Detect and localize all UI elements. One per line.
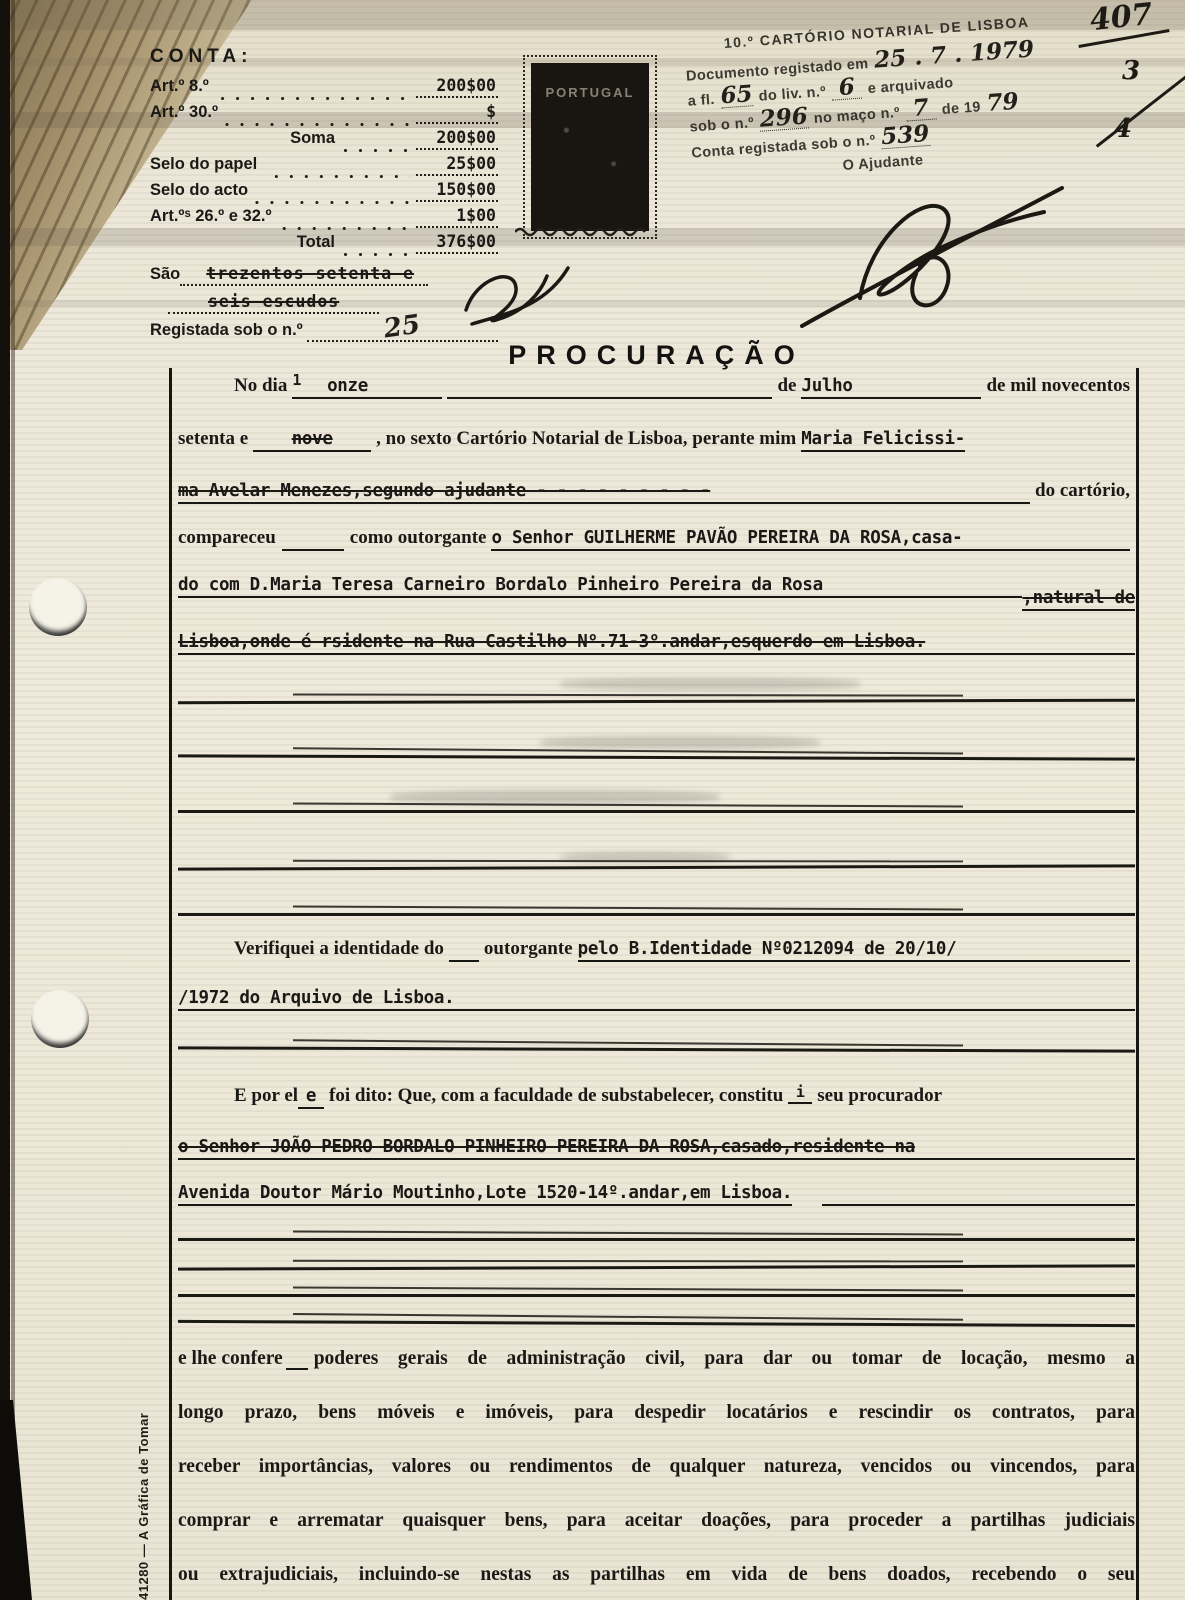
printed-text: poderes gerais de administração civil, p… <box>314 1348 1135 1370</box>
form-line-date: No dia 1onze de Julho de mil novecentos <box>178 375 1135 399</box>
form-line-grantor: compareceu como outorgante o Senhor GUIL… <box>178 527 1135 551</box>
typed-fill-month: Julho <box>801 376 981 399</box>
blank-rule <box>178 1046 1135 1052</box>
registry-bundle-handwritten: 7 <box>905 95 937 121</box>
registry-label: a fl. <box>687 92 715 110</box>
registry-label: sob o n.º <box>689 115 754 135</box>
conta-row: Art.º 8.º 200$00 <box>150 76 498 102</box>
conta-row-value: $ <box>416 102 498 124</box>
printed-text: , no sexto Cartório Notarial de Lisboa, … <box>376 428 796 450</box>
rubric-flourish <box>452 252 582 337</box>
blank-rule <box>178 699 1135 705</box>
typed-fill-attorney-address: Avenida Doutor Mário Moutinho,Lote 1520-… <box>178 1183 792 1206</box>
dot-leader <box>263 173 410 180</box>
typed-fill-natural-de: ,natural de <box>1022 588 1135 611</box>
printed-text: do cartório, <box>1035 480 1130 502</box>
registry-label: e arquivado <box>867 75 954 97</box>
registry-label: do liv. n.º <box>758 84 826 105</box>
scan-edge-shadow <box>0 1400 34 1600</box>
fiscal-stamp-country: PORTUGAL <box>531 85 649 100</box>
typed-fill-attorney-name: o Senhor JOÃO PEDRO BORDALO PINHEIRO PER… <box>178 1137 1135 1160</box>
registada-number-handwritten: 25 <box>383 318 421 338</box>
printed-text: E por el <box>234 1085 298 1107</box>
typed-day-word: onze <box>327 376 368 396</box>
amount-words-line2: seis escudos <box>168 292 379 314</box>
registry-folio-handwritten: 65 <box>720 82 754 108</box>
typed-fill-notary-name: Maria Felicissi- <box>801 429 965 452</box>
form-line-year-notary: setenta e nove , no sexto Cartório Notar… <box>178 428 1135 452</box>
form-line-identity: Verifiquei a identidade do outorgante pe… <box>178 938 1135 962</box>
blank-rule <box>449 938 479 962</box>
clerk-signature <box>800 178 1100 328</box>
blank-rule <box>178 864 1135 870</box>
conta-row: Art.ºˢ 26.º e 32.º 1$00 <box>150 206 498 232</box>
conta-row: Art.º 30.º $ <box>150 102 498 128</box>
typed-fill-spouse-name: do com D.Maria Teresa Carneiro Bordalo P… <box>178 575 823 598</box>
conta-title: CONTA: <box>150 46 498 68</box>
registada-row: Registada sob o n.º 25 <box>150 320 498 342</box>
clerk-title: O Ajudante <box>842 152 924 174</box>
form-line-spouse: do com D.Maria Teresa Carneiro Bordalo P… <box>178 575 1135 598</box>
blank-rule <box>178 754 1135 760</box>
dot-leader <box>254 199 410 206</box>
ghost-ink-smudge <box>540 736 820 749</box>
powers-paragraph-line: longo prazo, bens móveis e imóveis, para… <box>178 1402 1135 1424</box>
registry-label: de 19 <box>941 99 981 118</box>
conta-row-value: 200$00 <box>416 76 498 98</box>
blank-rule <box>282 527 344 551</box>
conta-row-value: 200$00 <box>416 128 498 150</box>
document-title: PROCURAÇÃO <box>178 340 1135 371</box>
powers-paragraph-line: comprar e arrematar quaisquer bens, para… <box>178 1510 1135 1532</box>
fraction-slash <box>1096 71 1185 147</box>
dot-leader <box>278 225 410 232</box>
amount-in-words-cont: seis escudos <box>168 292 498 314</box>
conta-row: Selo do acto 150$00 <box>150 180 498 206</box>
scanned-document-page: CONTA: Art.º 8.º 200$00 Art.º 30.º $ Som… <box>0 0 1185 1600</box>
conta-row-value: 1$00 <box>416 206 498 228</box>
typed-fill-constitui: i <box>788 1083 812 1104</box>
blank-rule <box>454 988 1135 1011</box>
form-right-border <box>1136 368 1139 1600</box>
form-line-attorney: o Senhor JOÃO PEDRO BORDALO PINHEIRO PER… <box>178 1137 1135 1160</box>
typed-fill-id-card-cont: /1972 do Arquivo de Lisboa. <box>178 988 454 1011</box>
fiscal-stamp-ink: PORTUGAL <box>531 63 649 231</box>
blank-rule <box>178 1320 1135 1327</box>
blank-rule <box>823 575 1023 598</box>
blank-rule <box>178 1238 1135 1241</box>
conta-row-label: Selo do acto <box>150 181 248 200</box>
scan-edge-shadow <box>0 0 10 1600</box>
typed-fill-notary-name-cont: ma Avelar Menezes,segundo ajudante - - -… <box>178 481 1030 504</box>
printed-text: e lhe confere <box>178 1348 283 1370</box>
printed-text: como outorgante <box>350 527 487 549</box>
printed-text: de <box>777 375 796 397</box>
corner-dots: ⋮ <box>1178 186 1185 207</box>
form-line-declaration: E por el e foi dito: Que, com a faculdad… <box>178 1085 1135 1109</box>
conta-row-value: 25$00 <box>416 154 498 176</box>
printed-text: foi dito: Que, com a faculdade de substa… <box>329 1085 783 1107</box>
blank-rule <box>822 1183 1135 1206</box>
ghost-ink-smudge <box>560 852 730 862</box>
typed-fill-id-card: pelo B.Identidade Nº0212094 de 20/10/ <box>578 939 1130 962</box>
typed-fill-grantor-name: o Senhor GUILHERME PAVÃO PEREIRA DA ROSA… <box>491 528 1130 551</box>
fiscal-stamp: PORTUGAL <box>523 55 657 239</box>
conta-row-label: Art.º 30.º <box>150 103 218 122</box>
typed-fill-ele: e <box>298 1086 324 1109</box>
conta-row-label: Selo do papel <box>150 155 257 174</box>
form-left-border <box>169 368 172 1600</box>
conta-block: CONTA: Art.º 8.º 200$00 Art.º 30.º $ Som… <box>150 46 498 342</box>
registry-book-handwritten: 6 <box>831 75 863 101</box>
scan-edge-shadow <box>11 0 15 1600</box>
printed-text: No dia <box>234 375 287 397</box>
blank-rule <box>178 913 1135 916</box>
fraction-annotation: 3 4 ⋮ <box>1112 56 1172 176</box>
conta-row: Total 376$00 <box>150 232 498 258</box>
punch-hole <box>31 990 89 1048</box>
ghost-ink-smudge <box>560 678 860 690</box>
blank-rule <box>178 810 1135 813</box>
printed-text: de mil novecentos <box>986 375 1130 397</box>
conta-row: Selo do papel 25$00 <box>150 154 498 180</box>
fraction-denominator: 4 <box>1114 114 1132 144</box>
amount-words-line1: trezentos setenta e <box>180 264 428 286</box>
corner-annotations: 407 3 4 ⋮ <box>1078 0 1178 176</box>
blank-rule <box>447 375 772 399</box>
powers-paragraph-line: e lhe confere poderes gerais de administ… <box>178 1348 1135 1370</box>
conta-row-label: Soma <box>150 129 335 148</box>
conta-row-label: Art.º 8.º <box>150 77 209 96</box>
amount-in-words: São trezentos setenta e <box>150 264 498 286</box>
ghost-ink-smudge <box>390 790 720 804</box>
printed-text: outorgante <box>484 938 573 960</box>
dot-leader <box>341 147 410 154</box>
stamp-perforation-wave <box>515 226 650 238</box>
sao-label: São <box>150 265 180 284</box>
fraction-numerator: 3 <box>1122 56 1140 86</box>
typed-fill-residence: Lisboa,onde é rsidente na Rua Castilho N… <box>178 632 1135 655</box>
registry-year-handwritten: 79 <box>986 90 1020 115</box>
form-line-identity-cont: /1972 do Arquivo de Lisboa. <box>178 988 1135 1011</box>
printed-text: Verifiquei a identidade do <box>234 938 444 960</box>
blank-rule <box>286 1348 308 1370</box>
conta-row-value: 376$00 <box>416 232 498 254</box>
registry-account-handwritten: 539 <box>880 122 930 149</box>
registry-stamp: 10.º CARTÓRIO NOTARIAL DE LISBOA Documen… <box>683 6 1142 184</box>
conta-row-label: Art.ºˢ 26.º e 32.º <box>150 207 272 226</box>
blank-rule <box>178 1294 1135 1297</box>
form-line-attorney-address: Avenida Doutor Mário Moutinho,Lote 1520-… <box>178 1183 1135 1206</box>
dot-leader <box>341 251 410 258</box>
conta-row-label: Total <box>150 233 335 252</box>
dot-leader <box>215 95 410 102</box>
printer-credit: 41280 — A Gráfica de Tomar <box>136 1300 151 1600</box>
blank-rule <box>178 1264 1135 1270</box>
form-line-notary-cont: ma Avelar Menezes,segundo ajudante - - -… <box>178 480 1135 504</box>
printed-text: setenta e <box>178 428 248 450</box>
typed-fill-year-word: nove <box>253 429 371 452</box>
typed-day-digit: 1 <box>292 371 301 389</box>
registry-number-handwritten: 296 <box>759 104 809 131</box>
punch-hole <box>29 578 87 636</box>
form-line-residence: Lisboa,onde é rsidente na Rua Castilho N… <box>178 632 1135 655</box>
powers-paragraph-line: ou extrajudiciais, incluindo-se nestas a… <box>178 1564 1135 1586</box>
powers-paragraph-line: receber importâncias, valores ou rendime… <box>178 1456 1135 1478</box>
dot-leader <box>224 121 410 128</box>
typed-fill-day: 1onze <box>292 376 442 399</box>
printed-text: compareceu <box>178 527 276 549</box>
registada-label: Registada sob o n.º <box>150 321 303 340</box>
conta-row-value: 150$00 <box>416 180 498 202</box>
conta-row: Soma 200$00 <box>150 128 498 154</box>
printed-text: seu procurador <box>817 1085 942 1107</box>
